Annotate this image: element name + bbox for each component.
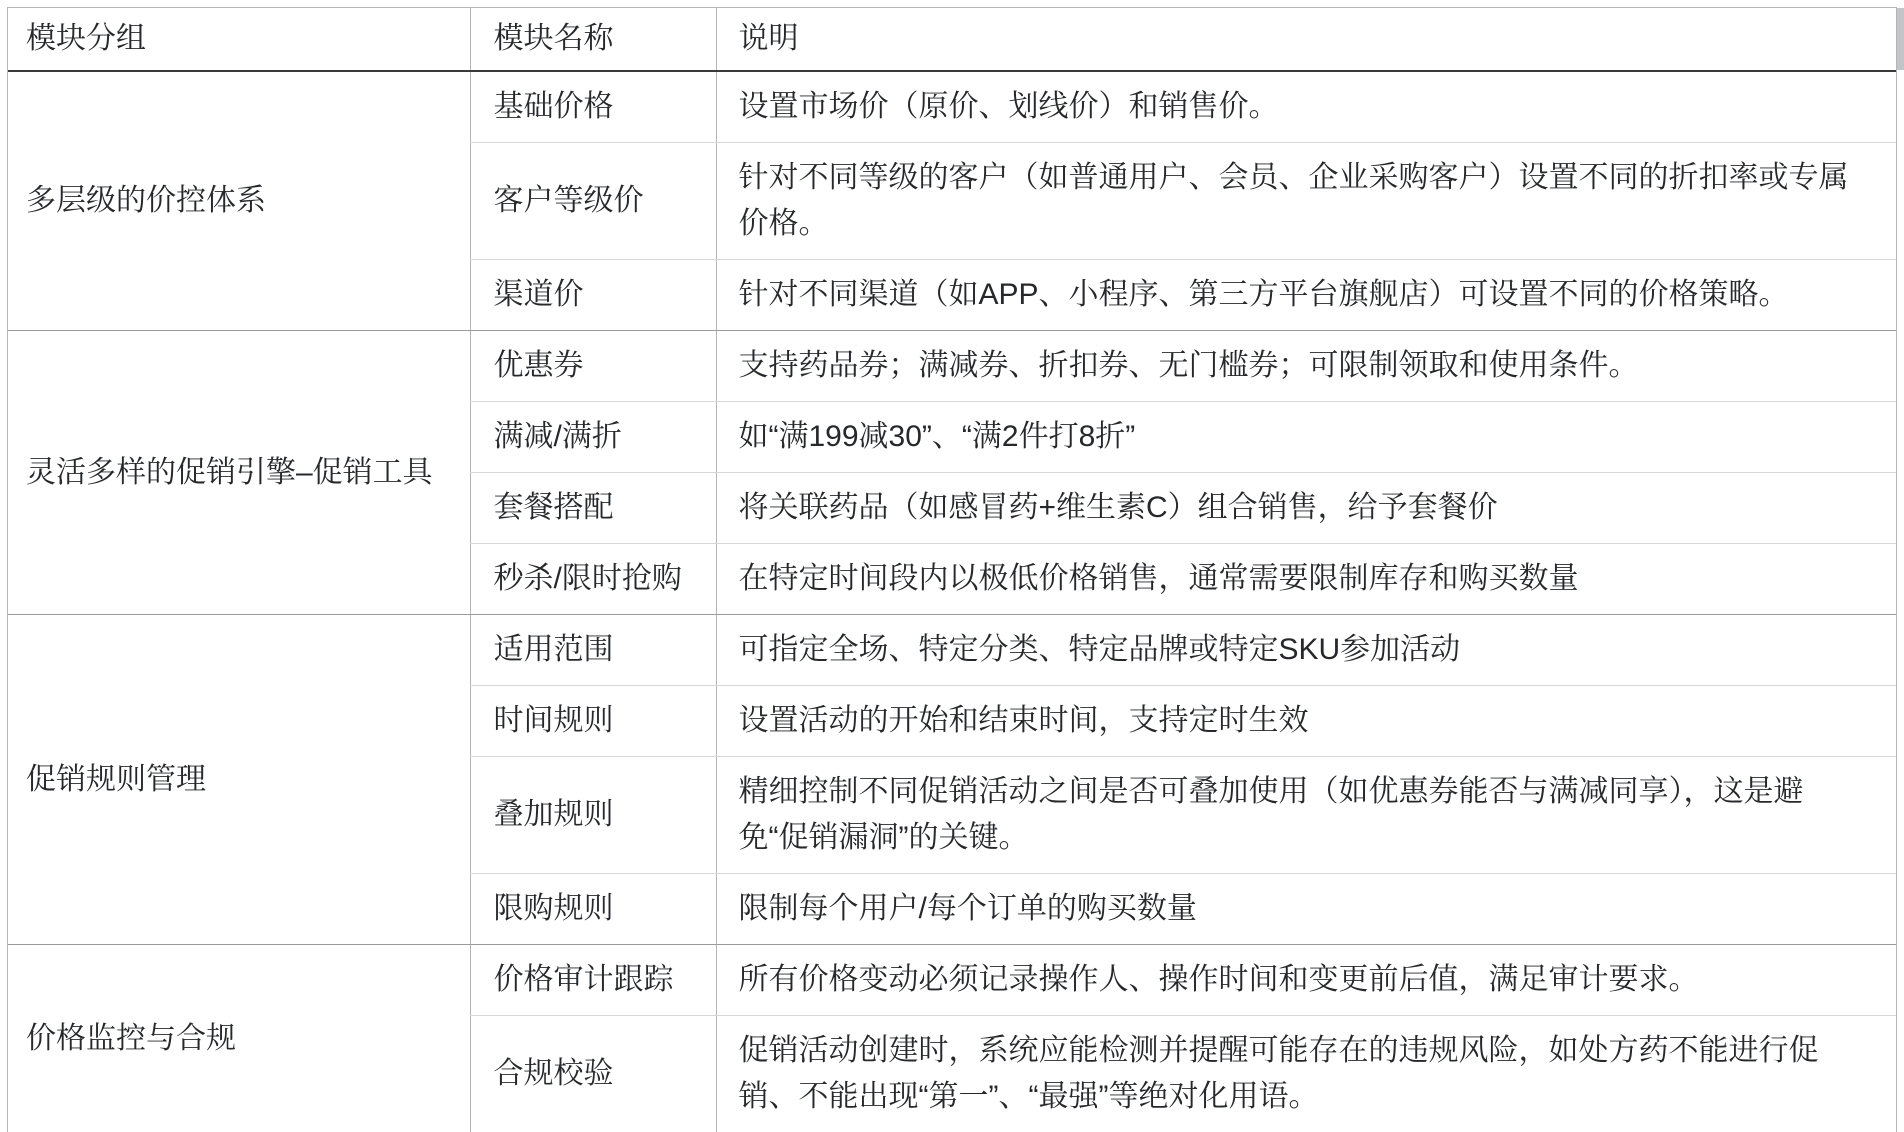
module-description-cell: 限制每个用户/每个订单的购买数量 [716, 874, 1896, 945]
module-description-cell: 设置市场价（原价、划线价）和销售价。 [716, 71, 1896, 143]
module-description-cell: 将关联药品（如感冒药+维生素C）组合销售，给予套餐价 [716, 473, 1896, 544]
module-description-cell: 可指定全场、特定分类、特定品牌或特定SKU参加活动 [716, 615, 1896, 686]
module-group-cell: 灵活多样的促销引擎–促销工具 [8, 331, 470, 615]
table-row: 多层级的价控体系基础价格设置市场价（原价、划线价）和销售价。 [8, 71, 1896, 143]
module-name-cell: 套餐搭配 [470, 473, 716, 544]
module-group-cell: 价格监控与合规 [8, 945, 470, 1129]
module-description-cell: 针对不同渠道（如APP、小程序、第三方平台旗舰店）可设置不同的价格策略。 [716, 260, 1896, 331]
module-name-cell: 时间规则 [470, 686, 716, 757]
module-description-cell: 所有价格变动必须记录操作人、操作时间和变更前后值，满足审计要求。 [716, 945, 1896, 1016]
table-row: 灵活多样的促销引擎–促销工具优惠券支持药品券；满减券、折扣券、无门槛券；可限制领… [8, 331, 1896, 402]
module-name-cell: 秒杀/限时抢购 [470, 544, 716, 615]
module-description-cell: 如“满199减30”、“满2件打8折” [716, 402, 1896, 473]
table-row: 促销规则管理适用范围可指定全场、特定分类、特定品牌或特定SKU参加活动 [8, 615, 1896, 686]
module-name-cell: 价格审计跟踪 [470, 945, 716, 1016]
column-header-description: 说明 [716, 8, 1896, 71]
module-name-cell: 叠加规则 [470, 757, 716, 874]
table-row: 价格监控与合规价格审计跟踪所有价格变动必须记录操作人、操作时间和变更前后值，满足… [8, 945, 1896, 1016]
module-name-cell: 满减/满折 [470, 402, 716, 473]
column-header-module-group: 模块分组 [8, 8, 470, 71]
scrollbar-thumb[interactable] [1897, 8, 1904, 70]
module-description-cell: 在特定时间段内以极低价格销售，通常需要限制库存和购买数量 [716, 544, 1896, 615]
module-table-container: 模块分组 模块名称 说明 多层级的价控体系基础价格设置市场价（原价、划线价）和销… [7, 7, 1897, 1128]
module-name-cell: 渠道价 [470, 260, 716, 331]
module-name-cell: 限购规则 [470, 874, 716, 945]
column-header-module-name: 模块名称 [470, 8, 716, 71]
module-table: 模块分组 模块名称 说明 多层级的价控体系基础价格设置市场价（原价、划线价）和销… [8, 8, 1896, 1128]
module-description-cell: 设置活动的开始和结束时间，支持定时生效 [716, 686, 1896, 757]
module-description-cell: 促销活动创建时，系统应能检测并提醒可能存在的违规风险，如处方药不能进行促销、不能… [716, 1016, 1896, 1129]
module-name-cell: 客户等级价 [470, 143, 716, 260]
module-description-cell: 精细控制不同促销活动之间是否可叠加使用（如优惠券能否与满减同享），这是避免“促销… [716, 757, 1896, 874]
module-name-cell: 优惠券 [470, 331, 716, 402]
module-description-cell: 支持药品券；满减券、折扣券、无门槛券；可限制领取和使用条件。 [716, 331, 1896, 402]
module-description-cell: 针对不同等级的客户（如普通用户、会员、企业采购客户）设置不同的折扣率或专属价格。 [716, 143, 1896, 260]
module-name-cell: 合规校验 [470, 1016, 716, 1129]
module-group-cell: 促销规则管理 [8, 615, 470, 945]
module-name-cell: 基础价格 [470, 71, 716, 143]
module-name-cell: 适用范围 [470, 615, 716, 686]
header-row: 模块分组 模块名称 说明 [8, 8, 1896, 71]
module-group-cell: 多层级的价控体系 [8, 71, 470, 331]
